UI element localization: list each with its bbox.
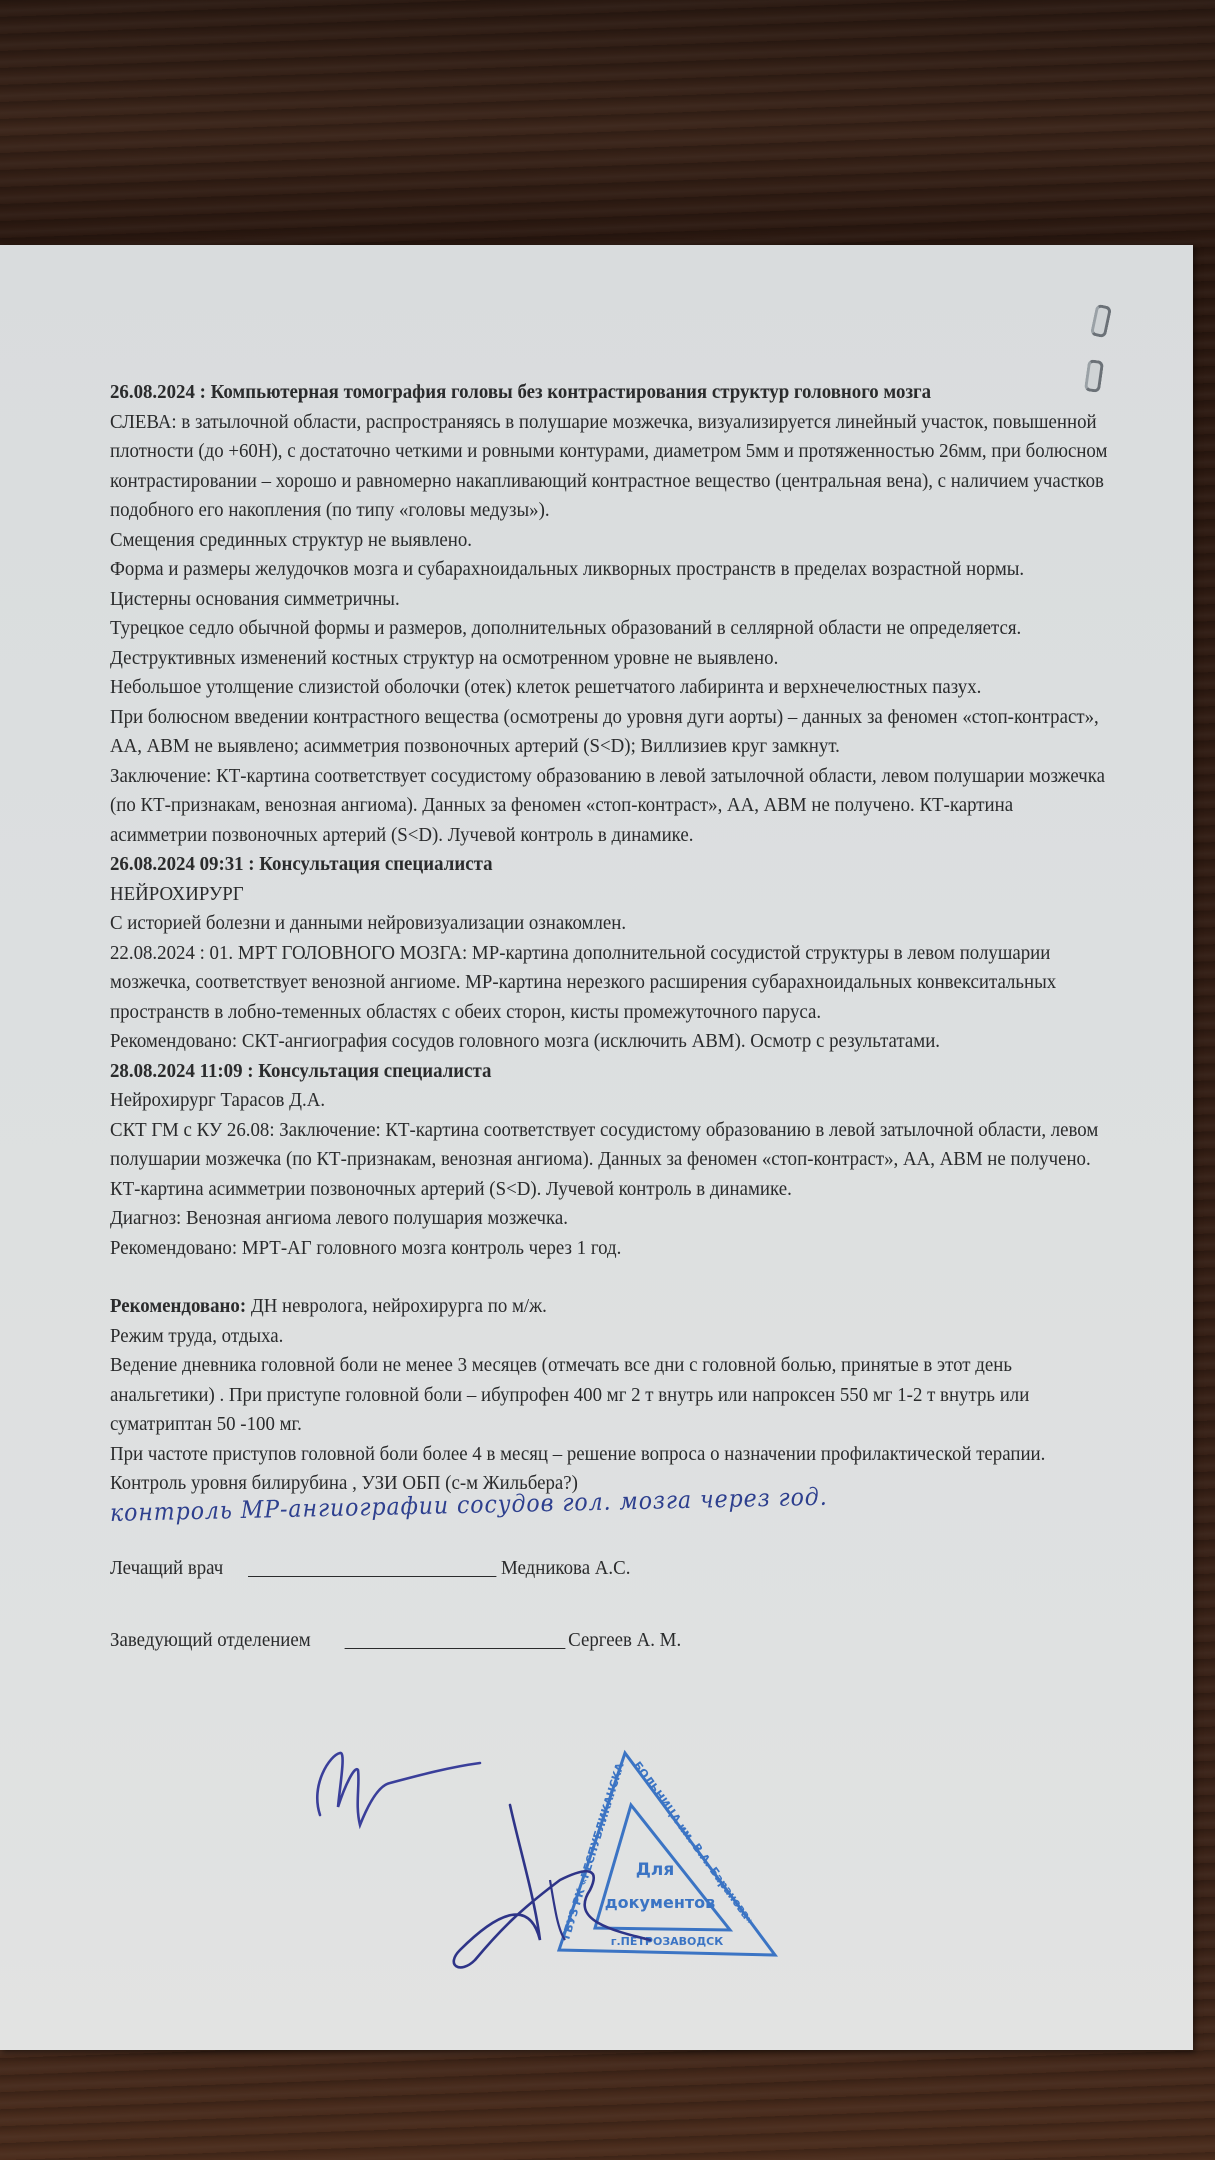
specialist-title: НЕЙРОХИРУРГ (110, 880, 1113, 910)
attending-name: Медникова А.С. (501, 1554, 630, 1584)
recommendation-item: Режим труда, отдыха. (110, 1322, 1113, 1352)
ct-finding: Форма и размеры желудочков мозга и субар… (110, 555, 1113, 585)
stamp-center-line2: документов (605, 1893, 716, 1912)
staple-hole-icon (1090, 304, 1112, 339)
ct-finding: Цистерны основания симметричны. (110, 585, 1113, 615)
recommendation-item: При частоте приступов головной боли боле… (110, 1440, 1113, 1470)
recommendations-label: Рекомендовано: (110, 1295, 246, 1317)
attending-signature-row: Лечащий врач Медникова А.С. (110, 1554, 1113, 1616)
consultation-line: 22.08.2024 : 01. МРТ ГОЛОВНОГО МОЗГА: МР… (110, 939, 1113, 1028)
diagnosis: Диагноз: Венозная ангиома левого полушар… (110, 1204, 1113, 1234)
ct-finding: Деструктивных изменений костных структур… (110, 644, 1113, 674)
section-heading: 28.08.2024 11:09 : Консультация специали… (110, 1057, 1113, 1087)
ct-finding: СЛЕВА: в затылочной области, распростран… (110, 408, 1113, 526)
consultation-line: Рекомендовано: СКТ-ангиография сосудов г… (110, 1027, 1113, 1057)
ct-scan-section: 26.08.2024 : Компьютерная томография гол… (110, 378, 1113, 850)
specialist-name: Нейрохирург Тарасов Д.А. (110, 1086, 1113, 1116)
attending-label: Лечащий врач (110, 1554, 223, 1584)
ct-conclusion: Заключение: КТ-картина соответствует сос… (110, 762, 1113, 851)
medical-record-text: 26.08.2024 : Компьютерная томография гол… (110, 378, 1113, 1688)
ct-finding: Смещения срединных структур не выявлено. (110, 526, 1113, 556)
recommendation-item: Ведение дневника головной боли не менее … (110, 1351, 1113, 1440)
consultation-section-1: 26.08.2024 09:31 : Консультация специали… (110, 850, 1113, 1057)
recommendations-first-line: Рекомендовано: ДН невролога, нейрохирург… (110, 1292, 1113, 1322)
signature-line (248, 1576, 496, 1577)
head-signature-row: Заведующий отделением Сергеев А. М. (110, 1626, 1113, 1688)
institution-stamp: ГБУЗ РК «РЕСПУБЛИКАНСКАЯ БОЛЬНИЦА им. В.… (555, 1745, 785, 1960)
ct-finding: Турецкое седло обычной формы и размеров,… (110, 614, 1113, 644)
ct-finding: Небольшое утолщение слизистой оболочки (… (110, 673, 1113, 703)
stamp-city: г.ПЕТРОЗАВОДСК (611, 1935, 724, 1948)
ct-finding: При болюсном введении контрастного вещес… (110, 703, 1113, 762)
section-heading: 26.08.2024 09:31 : Консультация специали… (110, 850, 1113, 880)
stamp-center-line1: Для (636, 1860, 675, 1880)
signature-line (345, 1648, 566, 1649)
section-heading: 26.08.2024 : Компьютерная томография гол… (110, 378, 1113, 408)
head-label: Заведующий отделением (110, 1626, 311, 1656)
consultation-section-2: 28.08.2024 11:09 : Консультация специали… (110, 1057, 1113, 1264)
consultation-line: СКТ ГМ с КУ 26.08: Заключение: КТ-картин… (110, 1116, 1113, 1205)
consultation-line: С историей болезни и данными нейровизуал… (110, 909, 1113, 939)
recommendations-section: Рекомендовано: ДН невролога, нейрохирург… (110, 1292, 1113, 1528)
consultation-line: Рекомендовано: МРТ-АГ головного мозга ко… (110, 1234, 1113, 1264)
head-name: Сергеев А. М. (568, 1626, 681, 1656)
